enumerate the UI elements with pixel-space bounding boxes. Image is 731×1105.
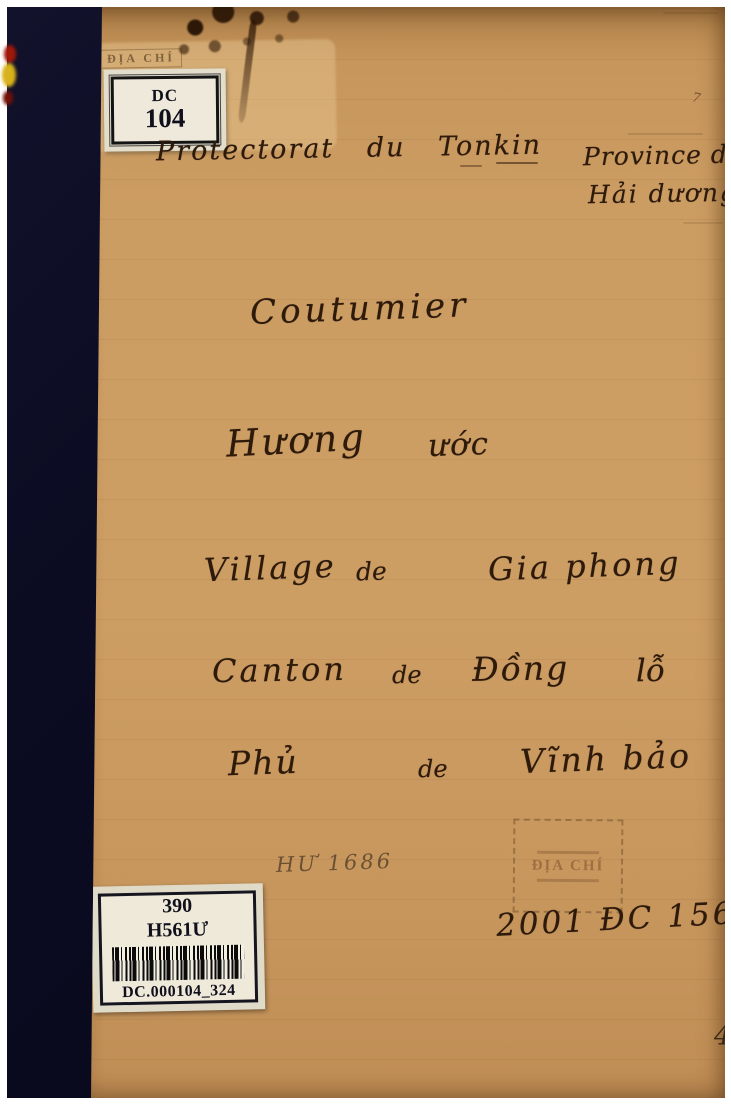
ruled-line-fragment [628,133,703,135]
barcode-id: DC.000104_324 [122,982,236,1002]
handwritten-province-label: Province d [583,140,725,172]
handwritten-title-vietnamese-2: ước [427,426,490,464]
call-number: 390 [162,895,192,919]
library-barcode-label: 390 H561Ư DC.000104_324 [91,883,266,1013]
barcode [112,945,245,982]
handwritten-canton-name-1: Đồng [472,648,570,689]
page-number: 4 [714,1021,725,1052]
ruled-line-fragment [663,12,718,14]
collection-code: DC [151,87,178,104]
document-cover-page: ĐỊA CHÍ DC 104 Protectorat du Tonkin Pro… [88,7,725,1098]
cutter-number: H561Ư [147,918,209,942]
handwritten-phu-name: Vĩnh bảo [519,736,692,781]
faded-stamp-text: ĐỊA CHÍ [532,857,605,875]
spine-sticker-yellow [2,63,16,87]
faded-stamp-rule [537,878,599,882]
handwritten-village-de: de [356,556,388,586]
handwritten-province-name: Hải dương [588,178,725,210]
classification-label-box: DC 104 [111,75,220,144]
spine-sticker-darkred [3,91,13,105]
handwritten-phu-label: Phủ [227,742,299,783]
handwritten-village-name: Gia phong [487,544,682,589]
document-scan: ĐỊA CHÍ DC 104 Protectorat du Tonkin Pro… [0,0,731,1105]
ink-dash [496,162,538,164]
handwritten-canton-name-2: lỗ [636,653,666,689]
handwritten-title-vietnamese-1: Hương [225,415,368,465]
handwritten-canton-de: de [392,661,422,690]
classification-number: 104 [145,104,186,133]
spine-sticker-red [4,45,16,63]
faded-library-stamp: ĐỊA CHÍ [513,819,624,914]
handwritten-phu-de: de [418,755,448,784]
faded-stamp-rule [537,850,599,854]
faint-library-stamp-top: ĐỊA CHÍ [100,48,182,68]
library-barcode-label-box: 390 H561Ư DC.000104_324 [98,890,258,1005]
handwritten-canton-label: Canton [212,650,348,690]
ruled-line-fragment [683,222,723,224]
handwritten-title-french: Coutumier [249,285,470,333]
ink-dash [460,165,482,167]
handwritten-village-label: Village [203,547,337,590]
pencil-inventory-note: HƯ 1686 [276,849,394,877]
